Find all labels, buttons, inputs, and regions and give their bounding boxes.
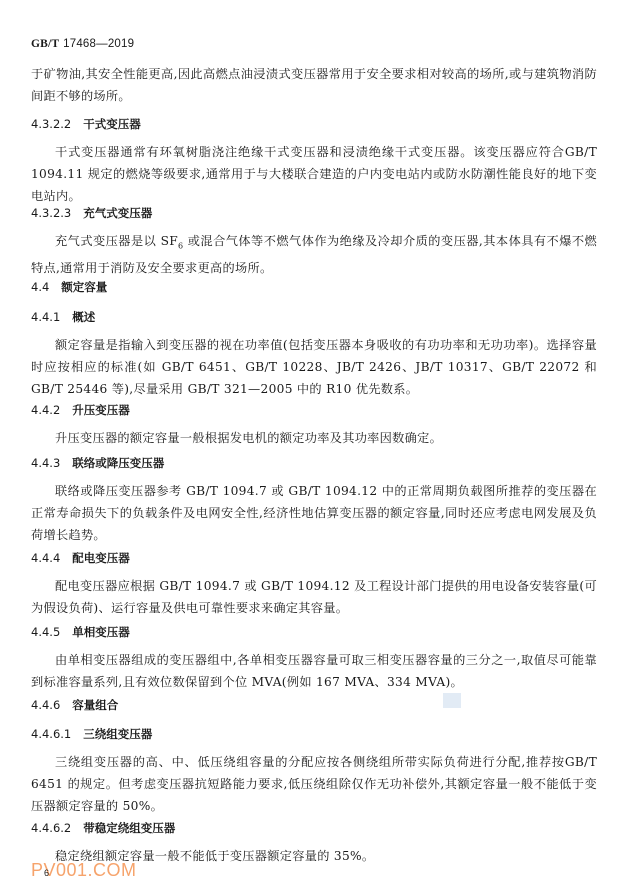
section-heading: 4.3.2.2干式变压器 bbox=[31, 116, 597, 132]
section-title: 升压变压器 bbox=[72, 403, 130, 417]
section-title: 配电变压器 bbox=[72, 551, 130, 565]
page-number: 6 bbox=[44, 868, 49, 878]
paragraph: 三绕组变压器的高、中、低压绕组容量的分配应按各侧绕组所带实际负荷进行分配,推荐按… bbox=[31, 751, 597, 817]
paragraph: 于矿物油,其安全性能更高,因此高燃点油浸渍式变压器常用于安全要求相对较高的场所,… bbox=[31, 63, 597, 107]
section-4-4-6-1: 4.4.6.1三绕组变压器 三绕组变压器的高、中、低压绕组容量的分配应按各侧绕组… bbox=[31, 726, 597, 817]
section-number: 4.3.2.3 bbox=[31, 205, 71, 221]
paragraph: 干式变压器通常有环氧树脂浇注绝缘干式变压器和浸渍绝缘干式变压器。该变压器应符合G… bbox=[31, 141, 597, 207]
paragraph: 额定容量是指输入到变压器的视在功率值(包括变压器本身吸收的有功功率和无功功率)。… bbox=[31, 334, 597, 400]
section-4-4-1: 4.4.1概述 额定容量是指输入到变压器的视在功率值(包括变压器本身吸收的有功功… bbox=[31, 309, 597, 400]
standard-header: GB/T 17468—2019 bbox=[31, 36, 134, 50]
section-4-4: 4.4额定容量 bbox=[31, 279, 597, 295]
document-page: GB/T 17468—2019 于矿物油,其安全性能更高,因此高燃点油浸渍式变压… bbox=[0, 0, 628, 895]
section-4-3-2-3: 4.3.2.3充气式变压器 充气式变压器是以 SF6 或混合气体等不燃气体作为绝… bbox=[31, 205, 597, 279]
section-title: 三绕组变压器 bbox=[83, 727, 152, 741]
section-heading: 4.4.6容量组合 bbox=[31, 697, 597, 713]
section-number: 4.4.6 bbox=[31, 697, 60, 713]
section-title: 带稳定绕组变压器 bbox=[83, 821, 175, 835]
section-number: 4.4.4 bbox=[31, 550, 60, 566]
section-heading: 4.4.2升压变压器 bbox=[31, 402, 597, 418]
paragraph: 升压变压器的额定容量一般根据发电机的额定功率及其功率因数确定。 bbox=[31, 427, 597, 449]
paragraph: 充气式变压器是以 SF6 或混合气体等不燃气体作为绝缘及冷却介质的变压器,其本体… bbox=[31, 230, 597, 279]
section-heading: 4.4.6.1三绕组变压器 bbox=[31, 726, 597, 742]
section-title: 充气式变压器 bbox=[83, 206, 152, 220]
section-heading: 4.4.6.2带稳定绕组变压器 bbox=[31, 820, 597, 836]
section-number: 4.4.3 bbox=[31, 455, 60, 471]
section-4-4-4: 4.4.4配电变压器 配电变压器应根据 GB/T 1094.7 或 GB/T 1… bbox=[31, 550, 597, 619]
section-4-4-3: 4.4.3联络或降压变压器 联络或降压变压器参考 GB/T 1094.7 或 G… bbox=[31, 455, 597, 546]
standard-prefix: GB/T bbox=[31, 38, 59, 50]
section-number: 4.4 bbox=[31, 279, 49, 295]
section-title: 概述 bbox=[72, 310, 95, 324]
section-number: 4.4.5 bbox=[31, 624, 60, 640]
section-number: 4.4.6.2 bbox=[31, 820, 71, 836]
paragraph: 联络或降压变压器参考 GB/T 1094.7 或 GB/T 1094.12 中的… bbox=[31, 480, 597, 546]
section-heading: 4.4.5单相变压器 bbox=[31, 624, 597, 640]
section-heading: 4.4.4配电变压器 bbox=[31, 550, 597, 566]
section-heading: 4.4额定容量 bbox=[31, 279, 597, 295]
section-heading: 4.3.2.3充气式变压器 bbox=[31, 205, 597, 221]
section-number: 4.4.2 bbox=[31, 402, 60, 418]
section-title: 干式变压器 bbox=[83, 117, 141, 131]
paragraph: 配电变压器应根据 GB/T 1094.7 或 GB/T 1094.12 及工程设… bbox=[31, 575, 597, 619]
section-number: 4.4.1 bbox=[31, 309, 60, 325]
section-4-3-2-2: 4.3.2.2干式变压器 干式变压器通常有环氧树脂浇注绝缘干式变压器和浸渍绝缘干… bbox=[31, 116, 597, 207]
section-title: 联络或降压变压器 bbox=[72, 456, 164, 470]
section-heading: 4.4.3联络或降压变压器 bbox=[31, 455, 597, 471]
section-title: 容量组合 bbox=[72, 698, 118, 712]
section-continuation: 于矿物油,其安全性能更高,因此高燃点油浸渍式变压器常用于安全要求相对较高的场所,… bbox=[31, 63, 597, 107]
section-number: 4.4.6.1 bbox=[31, 726, 71, 742]
section-4-4-2: 4.4.2升压变压器 升压变压器的额定容量一般根据发电机的额定功率及其功率因数确… bbox=[31, 402, 597, 449]
section-title: 单相变压器 bbox=[72, 625, 130, 639]
paragraph: 由单相变压器组成的变压器组中,各单相变压器容量可取三相变压器容量的三分之一,取值… bbox=[31, 649, 597, 693]
standard-number: 17468—2019 bbox=[63, 38, 134, 50]
section-number: 4.3.2.2 bbox=[31, 116, 71, 132]
section-4-4-6: 4.4.6容量组合 bbox=[31, 697, 597, 713]
section-4-4-5: 4.4.5单相变压器 由单相变压器组成的变压器组中,各单相变压器容量可取三相变压… bbox=[31, 624, 597, 693]
section-title: 额定容量 bbox=[61, 280, 107, 294]
section-heading: 4.4.1概述 bbox=[31, 309, 597, 325]
